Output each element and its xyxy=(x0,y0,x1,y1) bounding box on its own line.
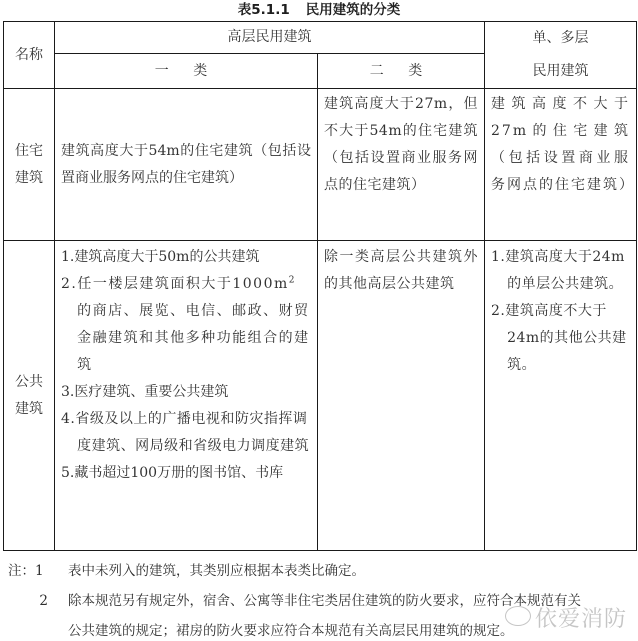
table-title: 表5.1.1民用建筑的分类 xyxy=(0,0,638,20)
public-class-one-item-1: 1.建筑高度大于50m的公共建筑 xyxy=(61,244,311,271)
public-class-one: 1.建筑高度大于50m的公共建筑 2.任一楼层建筑面积大于1000m2 的商店、… xyxy=(55,241,318,551)
watermark: 依爱消防 xyxy=(535,602,627,633)
public-low-rise-item-2: 2.建筑高度不大于24m的其他公共建筑。 xyxy=(491,298,630,379)
row-name-line1: 住宅 xyxy=(4,138,54,165)
residential-low-rise: 建筑高度不大于27m的住宅建筑（包括设置商业服务网点的住宅建筑） xyxy=(485,89,637,241)
table-row-public: 公共 建筑 1.建筑高度大于50m的公共建筑 2.任一楼层建筑面积大于1000m… xyxy=(4,241,637,551)
table-row-residential: 住宅 建筑 建筑高度大于54m的住宅建筑（包括设置商业服务网点的住宅建筑） 建筑… xyxy=(4,89,637,241)
residential-class-two-text: 建筑高度大于27m，但不大于54m的住宅建筑（包括设置商业服务网点的住宅建筑） xyxy=(324,91,478,199)
row-name-line2: 建筑 xyxy=(4,396,54,423)
table-title-text: 民用建筑的分类 xyxy=(306,2,401,18)
public-low-rise-item-1: 1.建筑高度大于24m的单层公共建筑。 xyxy=(491,244,630,298)
note-label: 注：1 xyxy=(8,556,60,586)
item-2-text: 2.任一楼层建筑面积大于1000m xyxy=(61,276,289,292)
public-class-one-item-5: 5.藏书超过100万册的图书馆、书库 xyxy=(61,460,311,487)
public-class-one-item-4: 4.省级及以上的广播电视和防灾指挥调度建筑、网局级和省级电力调度建筑 xyxy=(61,406,311,460)
residential-class-one: 建筑高度大于54m的住宅建筑（包括设置商业服务网点的住宅建筑） xyxy=(55,89,318,241)
public-class-two: 除一类高层公共建筑外的其他高层公共建筑 xyxy=(318,241,485,551)
note-1: 注：1 表中未列入的建筑，其类别应根据本表类比确定。 xyxy=(8,556,633,586)
note-label-text: 注： xyxy=(8,563,35,579)
row-name-residential: 住宅 建筑 xyxy=(4,89,55,241)
public-class-one-item-2: 2.任一楼层建筑面积大于1000m2 xyxy=(61,271,311,298)
residential-class-one-text: 建筑高度大于54m的住宅建筑（包括设置商业服务网点的住宅建筑） xyxy=(61,138,311,192)
public-class-one-item-3: 3.医疗建筑、重要公共建筑 xyxy=(61,379,311,406)
residential-class-two: 建筑高度大于27m，但不大于54m的住宅建筑（包括设置商业服务网点的住宅建筑） xyxy=(318,89,485,241)
note-1-text: 表中未列入的建筑，其类别应根据本表类比确定。 xyxy=(60,556,365,586)
table-number: 表5.1.1 xyxy=(238,2,290,18)
note-2-text-cont: 公共建筑的规定；裙房的防火要求应符合本规范有关高层民用建筑的规定。 xyxy=(68,623,514,639)
header-low-rise-line1: 单、多层 xyxy=(485,22,636,55)
header-low-rise: 单、多层 民用建筑 xyxy=(485,22,637,89)
header-name: 名称 xyxy=(4,22,55,89)
header-low-rise-line2: 民用建筑 xyxy=(485,55,636,88)
superscript: 2 xyxy=(289,275,296,285)
note-2-num: 2 xyxy=(8,586,60,616)
header-high-rise: 高层民用建筑 xyxy=(55,22,485,54)
note-1-num: 1 xyxy=(35,563,44,579)
wechat-logo-icon xyxy=(505,606,531,626)
row-name-line1: 公共 xyxy=(4,369,54,396)
row-name-line2: 建筑 xyxy=(4,165,54,192)
row-name-public: 公共 建筑 xyxy=(4,241,55,551)
classification-table: 名称 高层民用建筑 单、多层 民用建筑 一 类 二 类 住宅 建筑 建筑高度大于… xyxy=(3,21,637,551)
public-class-two-text: 除一类高层公共建筑外的其他高层公共建筑 xyxy=(324,244,478,298)
note-2-text: 除本规范另有规定外，宿舍、公寓等非住宅类居住建筑的防火要求，应符合本规范有关 xyxy=(60,586,581,616)
header-class-two: 二 类 xyxy=(318,54,485,89)
public-class-one-item-2-cont: 的商店、展览、电信、邮政、财贸金融建筑和其他多种功能组合的建筑 xyxy=(61,298,311,379)
residential-low-rise-text: 建筑高度不大于27m的住宅建筑（包括设置商业服务网点的住宅建筑） xyxy=(491,91,630,199)
public-low-rise: 1.建筑高度大于24m的单层公共建筑。 2.建筑高度不大于24m的其他公共建筑。 xyxy=(485,241,637,551)
header-class-one: 一 类 xyxy=(55,54,318,89)
